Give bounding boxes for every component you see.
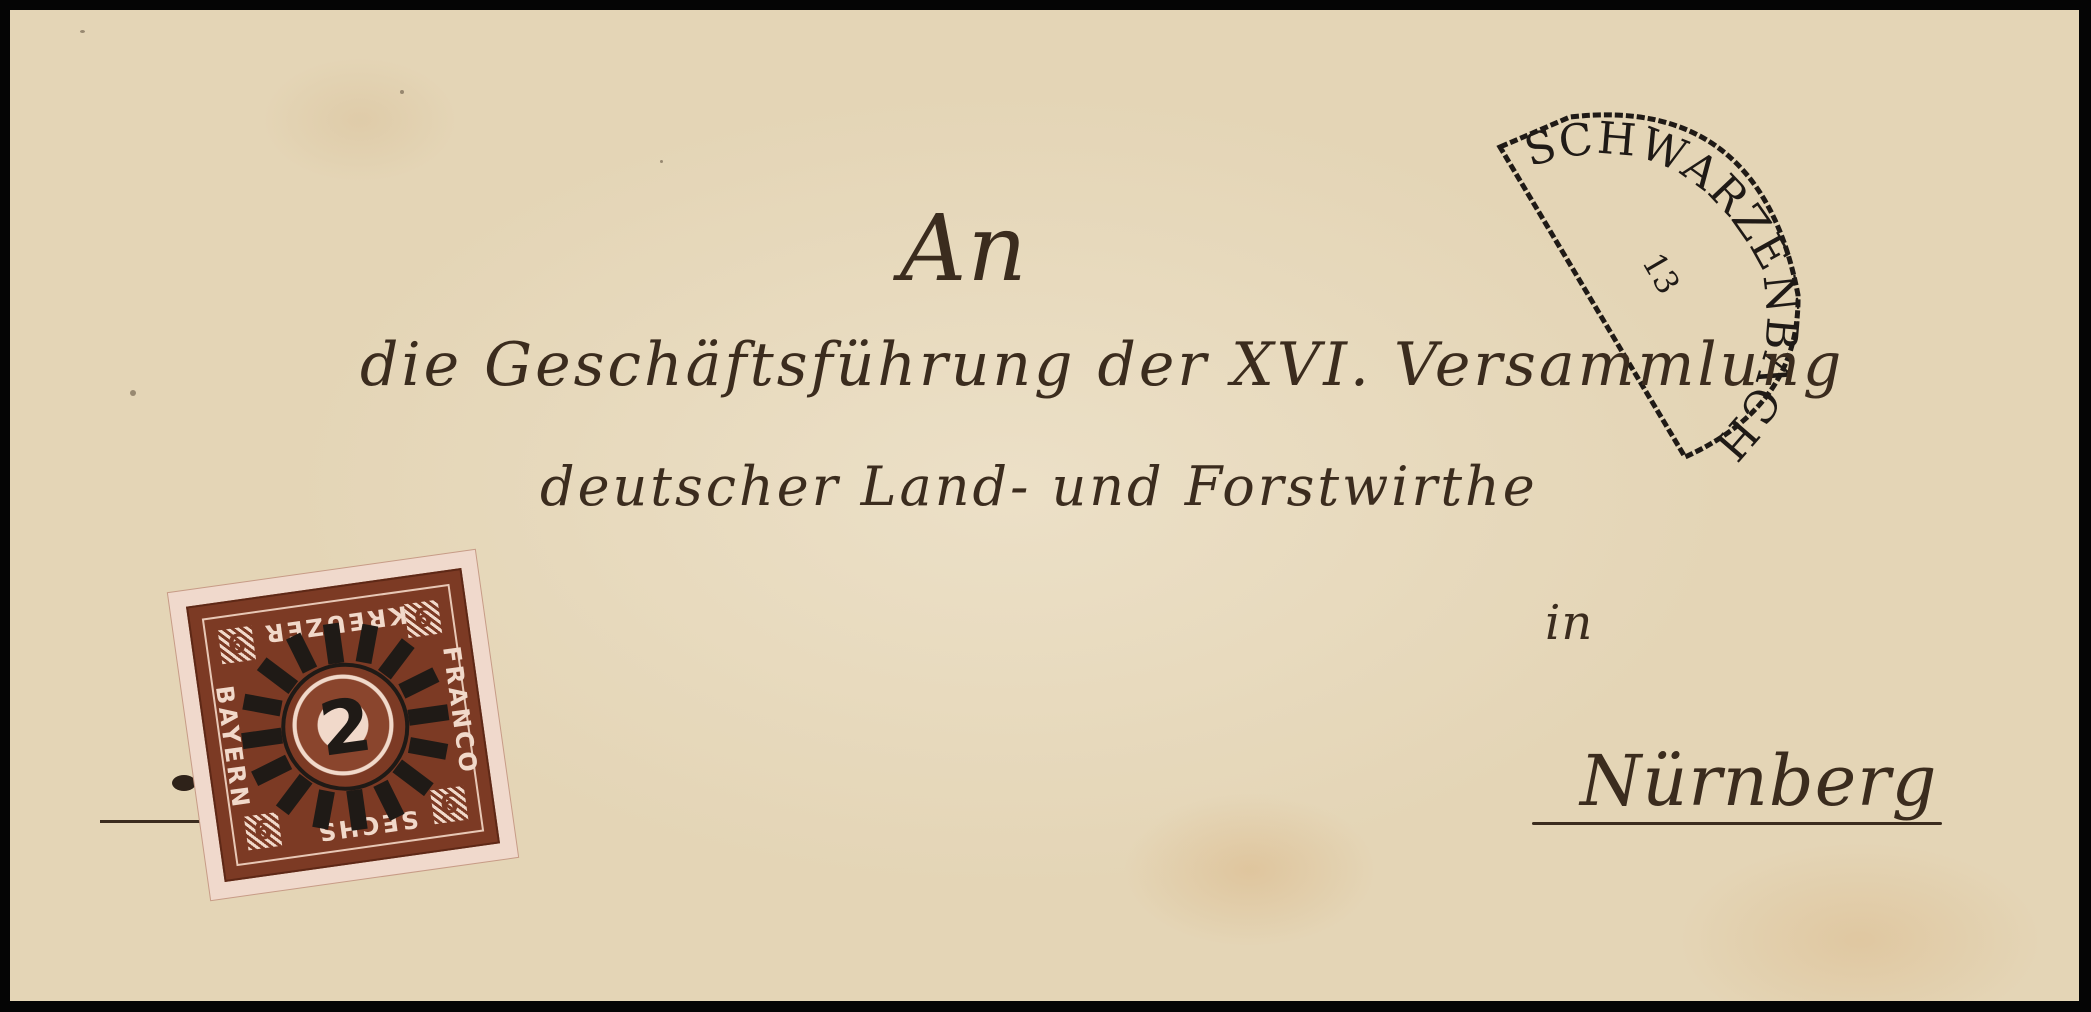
paper-speck — [660, 160, 663, 163]
paper-speck — [80, 30, 85, 33]
address-preposition: in — [1545, 595, 1593, 651]
address-line-1: die Geschäftsführung der XVI. Versammlun… — [360, 330, 1844, 400]
postage-stamp: 6 6 6 6 KREUZER SECHS BAYERN FRANCO — [168, 550, 518, 900]
numeral-cancel: 2 — [222, 604, 468, 850]
svg-text:2: 2 — [314, 682, 377, 774]
paper-speck — [130, 390, 136, 396]
address-salutation: An — [900, 195, 1028, 302]
address-city: Nürnberg — [1580, 740, 1937, 822]
half-circle-postmark-icon: SCHWARZENBACH 13 — [1480, 105, 1810, 475]
town-postmark: SCHWARZENBACH 13 — [1480, 105, 1810, 475]
sender-mark-stroke — [100, 820, 200, 823]
city-underline — [1532, 822, 1942, 825]
svg-text:13: 13 — [1634, 246, 1687, 300]
ink-blot — [172, 775, 196, 791]
paper-speck — [400, 90, 404, 94]
stamp-design: 6 6 6 6 KREUZER SECHS BAYERN FRANCO — [186, 568, 500, 882]
address-line-2: deutscher Land- und Forstwirthe — [540, 455, 1538, 518]
sunburst-cancel-icon: 2 — [222, 604, 468, 850]
